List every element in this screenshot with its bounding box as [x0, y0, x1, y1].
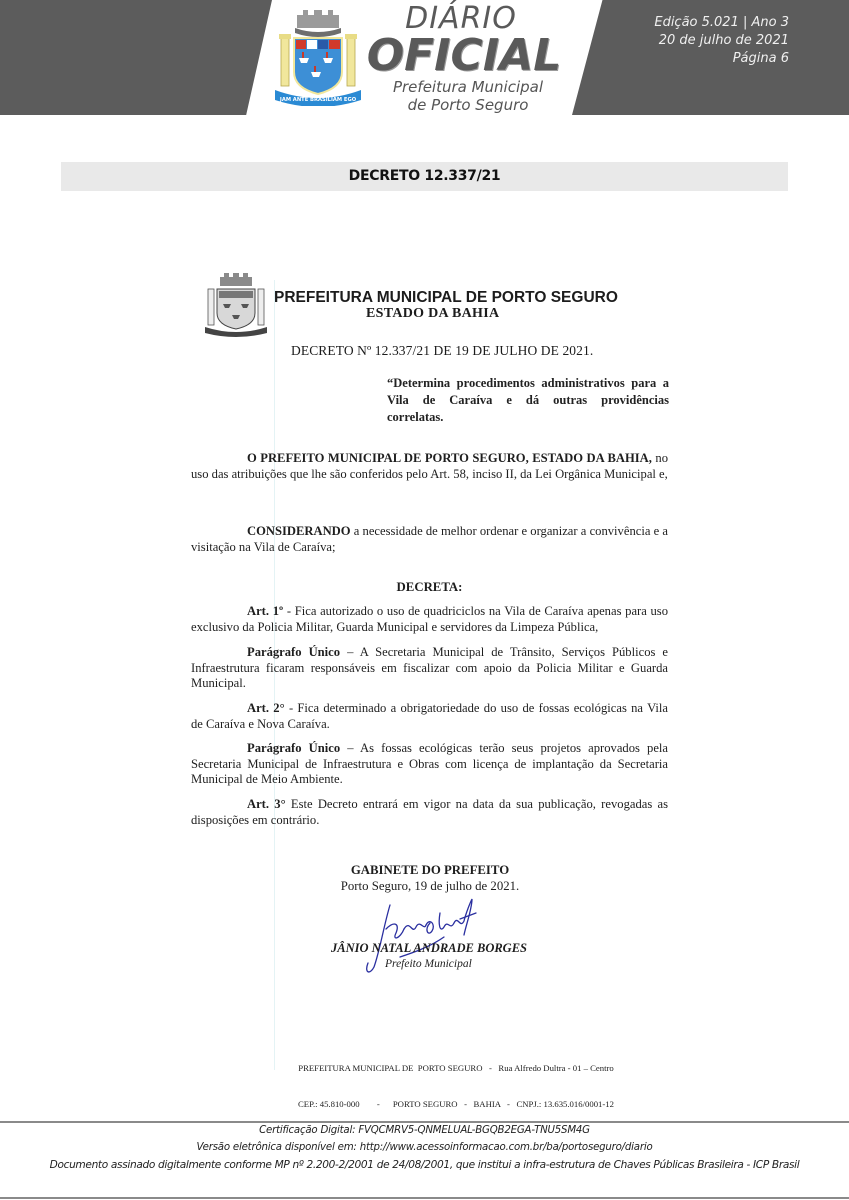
footer-divider-bottom: [0, 1197, 849, 1199]
masthead-left-panel: [0, 0, 272, 115]
edition-info: Edição 5.021 | Ano 3 20 de julho de 2021…: [654, 14, 789, 68]
edition-number: Edição 5.021 | Ano 3: [654, 14, 789, 32]
decreta-heading: DECRETA:: [191, 580, 668, 595]
article-1-paragraph: Parágrafo Único – A Secretaria Municipal…: [191, 645, 668, 692]
brand-logo: DIÁRIO OFICIAL Prefeitura Municipal de P…: [366, 4, 566, 114]
letterhead-footer-address: PREFEITURA MUNICIPAL DE PORTO SEGURO - R…: [276, 1062, 636, 1074]
article-2-paragraph: Parágrafo Único – As fossas ecológicas t…: [191, 741, 668, 788]
electronic-version-link[interactable]: Versão eletrônica disponível em: http://…: [0, 1142, 849, 1153]
letterhead-footer: PREFEITURA MUNICIPAL DE PORTO SEGURO - R…: [276, 1038, 636, 1122]
article-2-paragraph-label: Parágrafo Único: [247, 741, 340, 755]
considerando: CONSIDERANDO a necessidade de melhor ord…: [191, 524, 668, 555]
footer-divider-top: [0, 1121, 849, 1123]
coat-of-arms-icon: JAM ANTE BRASILIAM EGO: [275, 6, 361, 106]
letterhead-state: ESTADO DA BAHIA: [366, 306, 499, 322]
digital-signature-notice: Documento assinado digitalmente conforme…: [0, 1159, 849, 1171]
page-number: Página 6: [654, 50, 789, 68]
signer-name: JÂNIO NATAL ANDRADE BORGES: [331, 941, 527, 956]
article-3-label: Art. 3°: [247, 797, 286, 811]
signature-block: GABINETE DO PREFEITO Porto Seguro, 19 de…: [300, 862, 560, 894]
digital-certification: Certificação Digital: FVQCMRV5-QNMELUAL-…: [0, 1125, 849, 1136]
signer-role: Prefeito Municipal: [385, 958, 472, 970]
edition-date: 20 de julho de 2021: [654, 32, 789, 50]
letterhead-municipality: PREFEITURA MUNICIPAL DE PORTO SEGURO: [274, 289, 618, 307]
decree-summary: “Determina procedimentos administrativos…: [387, 375, 669, 426]
article-3: Art. 3° Este Decreto entrará em vigor na…: [191, 797, 668, 828]
letterhead-footer-cnpj: CEP.: 45.810-000 - PORTO SEGURO - BAHIA …: [276, 1098, 636, 1110]
cabinet-label: GABINETE DO PREFEITO: [300, 862, 560, 878]
preamble: O PREFEITO MUNICIPAL DE PORTO SEGURO, ES…: [191, 451, 668, 482]
place-date: Porto Seguro, 19 de julho de 2021.: [300, 878, 560, 894]
article-2-label: Art. 2°: [247, 701, 285, 715]
article-1-paragraph-label: Parágrafo Único: [247, 645, 340, 659]
preamble-authority: O PREFEITO MUNICIPAL DE PORTO SEGURO, ES…: [247, 451, 652, 465]
masthead: JAM ANTE BRASILIAM EGO DIÁRIO OFICIAL Pr…: [0, 0, 849, 120]
decree-title: DECRETO 12.337/21: [349, 168, 501, 184]
svg-text:JAM ANTE BRASILIAM EGO: JAM ANTE BRASILIAM EGO: [279, 97, 357, 103]
brand-oficial: OFICIAL: [362, 34, 566, 78]
considerando-label: CONSIDERANDO: [247, 524, 351, 538]
municipal-crest-icon: [203, 271, 269, 337]
decree-heading: DECRETO Nº 12.337/21 DE 19 DE JULHO DE 2…: [291, 343, 593, 359]
brand-city: de Porto Seguro: [370, 96, 566, 114]
article-2: Art. 2° - Fica determinado a obrigatorie…: [191, 701, 668, 732]
article-1-label: Art. 1º: [247, 604, 283, 618]
decree-title-bar: DECRETO 12.337/21: [61, 162, 788, 191]
article-1: Art. 1º - Fica autorizado o uso de quadr…: [191, 604, 668, 635]
brand-prefeitura: Prefeitura Municipal: [370, 78, 566, 96]
